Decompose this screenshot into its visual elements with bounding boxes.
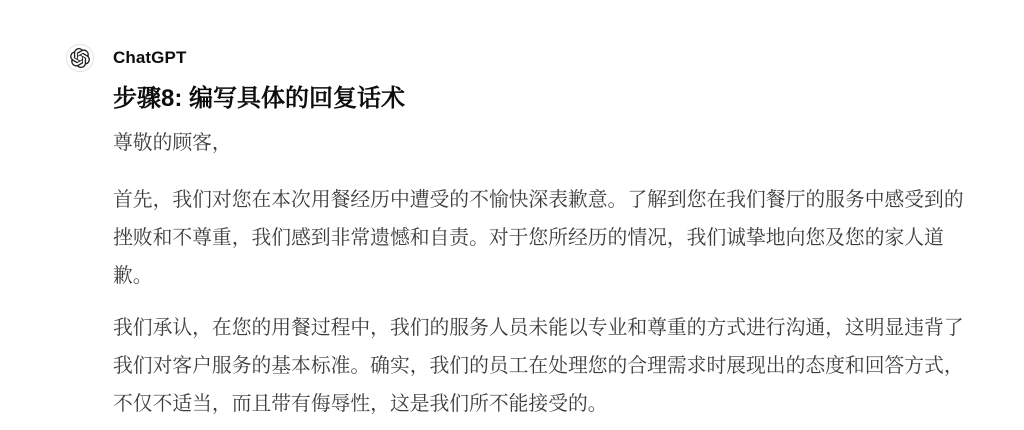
chatgpt-avatar: [66, 44, 94, 72]
text-line: 挫败和不尊重，我们感到非常遗憾和自责。对于您所经历的情况，我们诚挚地向您及您的家…: [113, 219, 1024, 257]
message-body: ChatGPT 步骤8: 编写具体的回复话术 尊敬的顾客， 首先，我们对您在本次…: [113, 44, 1024, 423]
message-title: 步骤8: 编写具体的回复话术: [113, 84, 1024, 114]
text-line: 我们对客户服务的基本标准。确实，我们的员工在处理您的合理需求时展现出的态度和回答…: [113, 347, 1024, 385]
text-line: 我们承认，在您的用餐过程中，我们的服务人员未能以专业和尊重的方式进行沟通，这明显…: [113, 309, 1024, 347]
paragraph-1: 首先，我们对您在本次用餐经历中遭受的不愉快深表歉意。了解到您在我们餐厅的服务中感…: [113, 181, 1024, 295]
paragraph-2: 我们承认，在您的用餐过程中，我们的服务人员未能以专业和尊重的方式进行沟通，这明显…: [113, 309, 1024, 423]
assistant-message: ChatGPT 步骤8: 编写具体的回复话术 尊敬的顾客， 首先，我们对您在本次…: [0, 0, 1024, 423]
assistant-name: ChatGPT: [113, 44, 1024, 72]
text-line: 歉。: [113, 257, 1024, 295]
openai-logo-icon: [70, 48, 90, 68]
text-line: 首先，我们对您在本次用餐经历中遭受的不愉快深表歉意。了解到您在我们餐厅的服务中感…: [113, 181, 1024, 219]
salutation-line: 尊敬的顾客，: [113, 124, 1024, 162]
text-line: 不仅不适当，而且带有侮辱性，这是我们所不能接受的。: [113, 385, 1024, 423]
